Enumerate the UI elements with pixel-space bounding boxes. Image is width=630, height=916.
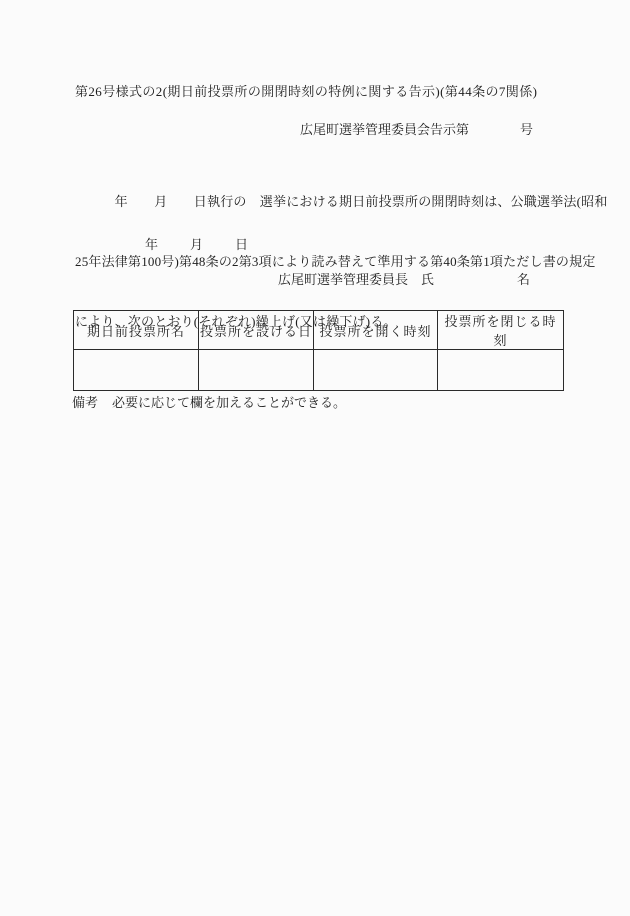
- table-header-closing-time: 投票所を閉じる時刻: [438, 311, 564, 350]
- signature-surname-placeholder: 氏: [421, 272, 434, 287]
- signature-givenname-placeholder: 名: [517, 272, 530, 287]
- signature-title: 広尾町選挙管理委員長: [278, 272, 408, 287]
- polling-schedule-table: 期日前投票所名 投票所を設ける日 投票所を開く時刻 投票所を閉じる時刻: [73, 310, 564, 391]
- table-cell-empty: [314, 350, 438, 391]
- table-header-polling-place-name: 期日前投票所名: [74, 311, 199, 350]
- table-header-day-established: 投票所を設ける日: [199, 311, 314, 350]
- table-header-row: 期日前投票所名 投票所を設ける日 投票所を開く時刻 投票所を閉じる時刻: [74, 311, 564, 350]
- document-page: 第26号様式の2(期日前投票所の開閉時刻の特例に関する告示)(第44条の7関係)…: [0, 0, 630, 916]
- notice-number-suffix: 号: [520, 119, 533, 138]
- remark-text: 必要に応じて欄を加えることができる。: [112, 395, 346, 410]
- date-line: 年 月 日: [145, 234, 250, 253]
- remark-label: 備考: [72, 395, 98, 410]
- table-header-opening-time: 投票所を開く時刻: [314, 311, 438, 350]
- table-cell-empty: [199, 350, 314, 391]
- body-line-1: 年 月 日執行の 選挙における期日前投票所の開閉時刻は、公職選挙法(昭和: [75, 192, 575, 212]
- notice-number-line: 広尾町選挙管理委員会告示第 号: [300, 119, 533, 138]
- remark-line: 備考必要に応じて欄を加えることができる。: [72, 392, 346, 411]
- form-title: 第26号様式の2(期日前投票所の開閉時刻の特例に関する告示)(第44条の7関係): [75, 81, 537, 100]
- table-row: [74, 350, 564, 391]
- signature-line: 広尾町選挙管理委員長氏名: [278, 269, 530, 288]
- table-cell-empty: [438, 350, 564, 391]
- notice-number-prefix: 広尾町選挙管理委員会告示第: [300, 119, 469, 138]
- table-cell-empty: [74, 350, 199, 391]
